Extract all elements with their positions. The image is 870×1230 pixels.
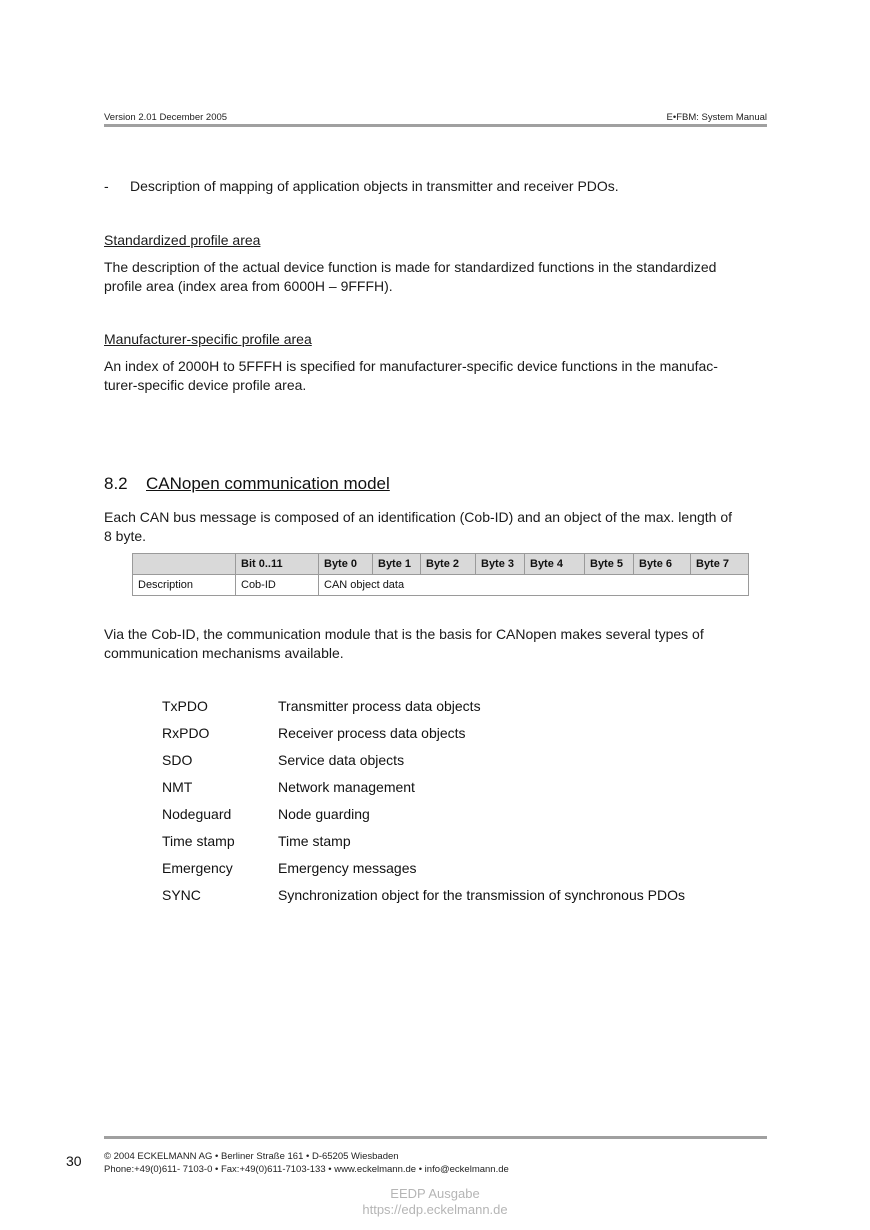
section-number: 8.2	[104, 474, 128, 494]
standardized-heading: Standardized profile area	[104, 231, 260, 250]
section-title: CANopen communication model	[146, 474, 390, 494]
mechanism-description: Synchronization object for the transmiss…	[278, 887, 685, 903]
watermark-title: EEDP Ausgabe	[0, 1186, 870, 1201]
mechanism-abbreviation: Time stamp	[162, 833, 235, 849]
standardized-line-1: The description of the actual device fun…	[104, 258, 716, 277]
header-version: Version 2.01 December 2005	[104, 112, 227, 123]
table-header-cell: Byte 5	[585, 554, 634, 575]
standardized-line-2: profile area (index area from 6000H – 9F…	[104, 277, 393, 296]
mechanism-abbreviation: SYNC	[162, 887, 201, 903]
mechanism-abbreviation: TxPDO	[162, 698, 208, 714]
mechanism-description: Node guarding	[278, 806, 370, 822]
table-header-cell: Byte 6	[634, 554, 691, 575]
table-cell-object-data: CAN object data	[319, 575, 749, 596]
manufacturer-line-2: turer-specific device profile area.	[104, 376, 306, 395]
mechanism-description: Time stamp	[278, 833, 351, 849]
table-row: Description Cob-ID CAN object data	[133, 575, 749, 596]
table-header-cell: Byte 2	[421, 554, 476, 575]
table-header-cell: Bit 0..11	[236, 554, 319, 575]
mechanism-description: Service data objects	[278, 752, 404, 768]
mechanism-description: Emergency messages	[278, 860, 417, 876]
mechanism-abbreviation: NMT	[162, 779, 192, 795]
table-header-cell: Byte 7	[691, 554, 749, 575]
mechanism-abbreviation: Nodeguard	[162, 806, 231, 822]
mechanism-description: Network management	[278, 779, 415, 795]
manufacturer-heading: Manufacturer-specific profile area	[104, 330, 312, 349]
section-intro-line-2: 8 byte.	[104, 527, 146, 546]
footer-contact: Phone:+49(0)611- 7103-0 • Fax:+49(0)611-…	[104, 1164, 509, 1175]
mechanism-abbreviation: RxPDO	[162, 725, 209, 741]
watermark-url: https://edp.eckelmann.de	[0, 1202, 870, 1217]
section-intro-line-1: Each CAN bus message is composed of an i…	[104, 508, 732, 527]
mechanism-description: Transmitter process data objects	[278, 698, 481, 714]
bullet-text: Description of mapping of application ob…	[130, 177, 619, 196]
table-cell-cob-id: Cob-ID	[236, 575, 319, 596]
header-rule	[104, 124, 767, 127]
can-message-table: Bit 0..11 Byte 0 Byte 1 Byte 2 Byte 3 By…	[132, 553, 749, 596]
bullet-marker: -	[104, 177, 109, 196]
header-manual-title: E•FBM: System Manual	[667, 112, 767, 123]
mechanism-description: Receiver process data objects	[278, 725, 466, 741]
table-header-cell: Byte 4	[525, 554, 585, 575]
page-number: 30	[66, 1153, 82, 1169]
table-row-label: Description	[133, 575, 236, 596]
footer-rule	[104, 1136, 767, 1139]
table-header-row: Bit 0..11 Byte 0 Byte 1 Byte 2 Byte 3 By…	[133, 554, 749, 575]
table-header-cell	[133, 554, 236, 575]
table-header-cell: Byte 0	[319, 554, 373, 575]
manufacturer-line-1: An index of 2000H to 5FFFH is specified …	[104, 357, 718, 376]
footer-address: © 2004 ECKELMANN AG • Berliner Straße 16…	[104, 1151, 399, 1162]
via-line-1: Via the Cob-ID, the communication module…	[104, 625, 704, 644]
via-line-2: communication mechanisms available.	[104, 644, 344, 663]
table-header-cell: Byte 3	[476, 554, 525, 575]
table-header-cell: Byte 1	[373, 554, 421, 575]
mechanism-abbreviation: SDO	[162, 752, 192, 768]
mechanism-abbreviation: Emergency	[162, 860, 233, 876]
